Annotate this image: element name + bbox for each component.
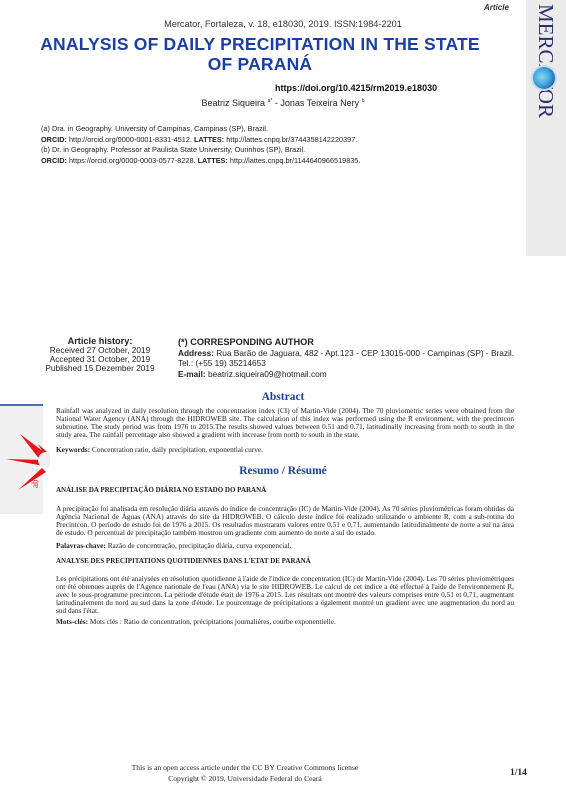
- address-label: Address:: [178, 348, 214, 358]
- affiliation-a-ids: ORCID: http://orcid.org/0000-0001-8331-4…: [41, 135, 360, 146]
- email-label: E-mail:: [178, 369, 206, 379]
- orcid-link[interactable]: http://orcid.org/0000-0001-8331-4512.: [69, 135, 192, 144]
- lattes-label: LATTES:: [194, 135, 224, 144]
- email-link[interactable]: beatriz.siqueira09@hotmail.com: [208, 369, 327, 379]
- keywords-text: Concentration ratio, daily precipitation…: [92, 445, 263, 454]
- abstract-text: Rainfall was analyzed in daily resolutio…: [56, 407, 514, 439]
- paper-title: ANALYSIS OF DAILY PRECIPITATION IN THE S…: [40, 34, 480, 74]
- published-date: Published 15 Dezember 2019: [30, 364, 170, 373]
- svg-text:ab: ab: [30, 479, 40, 488]
- license-text: This is an open access article under the…: [100, 762, 390, 773]
- french-abstract: Les précipitations ont été analysées en …: [56, 575, 514, 615]
- compass-star-icon: ab: [0, 404, 50, 514]
- lattes-label: LATTES:: [198, 156, 228, 165]
- affiliation-a: (a) Dra. in Geography. University of Cam…: [41, 124, 360, 135]
- address-text: Rua Barão de Jaguara, 482 - Apt.123 - CE…: [178, 348, 514, 369]
- author-name: Beatriz Siqueira: [202, 98, 266, 108]
- resumo-heading: Resumo / Résumé: [0, 465, 566, 477]
- article-type-tag: Article: [484, 3, 509, 12]
- affiliation-b-ids: ORCID: https://orcid.org/0000-0003-0577-…: [41, 156, 360, 167]
- french-keywords: Mots-clés: Mots clés : Ratio de concentr…: [56, 618, 514, 626]
- abstract-heading: Abstract: [0, 391, 566, 403]
- doi-link[interactable]: https://doi.org/10.4215/rm2019.e18030: [275, 83, 437, 93]
- globe-icon: [533, 67, 555, 89]
- author-line: Beatriz Siqueira a* - Jonas Teixeira Ner…: [0, 98, 566, 108]
- french-title: ANALYSE DES PRECIPITATIONS QUOTIDIENNES …: [56, 557, 311, 565]
- article-history: Article history: Received 27 October, 20…: [30, 337, 170, 373]
- mots-cles-label: Mots-clés:: [56, 617, 88, 626]
- orcid-link[interactable]: https://orcid.org/0000-0003-0577-8228.: [69, 156, 196, 165]
- author-affiliation-mark: b: [362, 98, 365, 104]
- orcid-label: ORCID:: [41, 156, 67, 165]
- journal-citation: Mercator, Fortaleza, v. 18, e18030, 2019…: [0, 19, 566, 29]
- corresponding-heading: (*) CORRESPONDING AUTHOR: [178, 337, 518, 348]
- email-block: E-mail: beatriz.siqueira09@hotmail.com: [178, 369, 518, 380]
- corresponding-author: (*) CORRESPONDING AUTHOR Address: Rua Ba…: [178, 337, 518, 380]
- address-block: Address: Rua Barão de Jaguara, 482 - Apt…: [178, 348, 518, 369]
- orcid-label: ORCID:: [41, 135, 67, 144]
- palavras-chave-text: Razão de concentração, precipitação diár…: [108, 541, 292, 550]
- portuguese-abstract: A precipitação foi analisada em resoluçã…: [56, 505, 514, 537]
- lattes-link[interactable]: http://lattes.cnpq.br/3744358142220397.: [226, 135, 357, 144]
- affiliations: (a) Dra. in Geography. University of Cam…: [41, 124, 360, 166]
- footer: This is an open access article under the…: [100, 762, 390, 784]
- affiliation-b: (b) Dr. in Geography. Professor at Pauli…: [41, 145, 360, 156]
- copyright-text: Copyright © 2019, Universidade Federal d…: [100, 773, 390, 784]
- keywords-label: Keywords:: [56, 445, 90, 454]
- abstract-keywords: Keywords: Concentration ratio, daily pre…: [56, 446, 514, 454]
- mots-cles-text: Mots clés : Ratio de concentration, préc…: [90, 617, 336, 626]
- palavras-chave-label: Palavras-chave:: [56, 541, 106, 550]
- portuguese-title: ANÁLISE DA PRECIPITAÇÃO DIÁRIA NO ESTADO…: [56, 486, 266, 494]
- author-name: Jonas Teixeira Nery: [280, 98, 359, 108]
- page-number: 1/14: [510, 768, 527, 778]
- portuguese-keywords: Palavras-chave: Razão de concentração, p…: [56, 542, 514, 550]
- lattes-link[interactable]: http://lattes.cnpq.br/1144640966519835.: [230, 156, 361, 165]
